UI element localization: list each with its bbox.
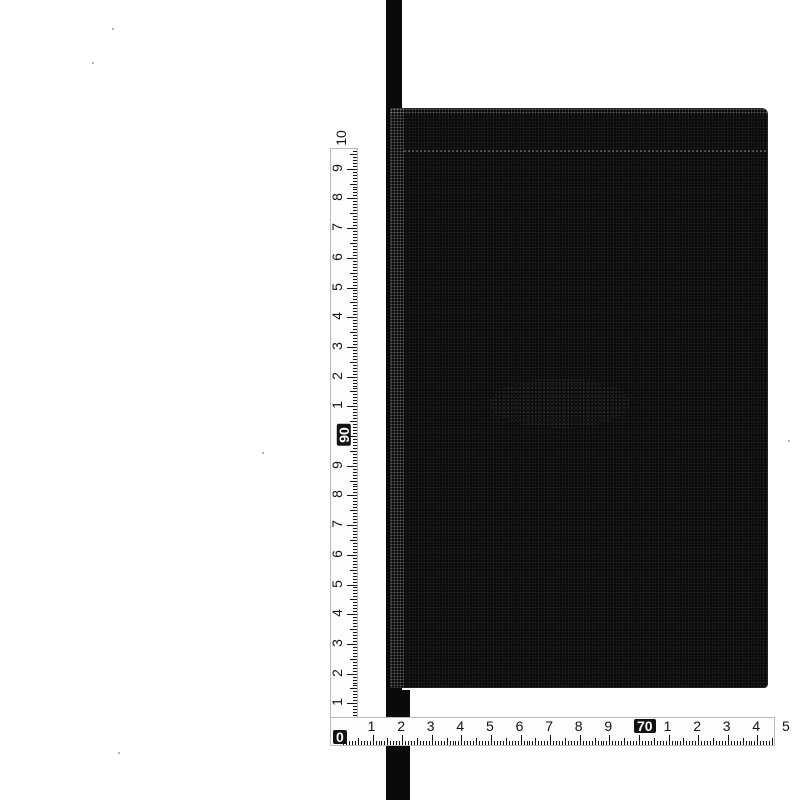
ruler-tick	[353, 178, 357, 179]
ruler-tick	[639, 735, 640, 745]
ruler-tick	[353, 234, 357, 235]
ruler-tick	[506, 738, 507, 745]
ruler-tick	[353, 433, 357, 434]
ruler-tick	[609, 735, 610, 745]
ruler-tick	[763, 741, 764, 745]
ruler-tick	[353, 207, 357, 208]
ruler-label: 70	[634, 719, 656, 733]
ruler-tick	[353, 439, 357, 440]
ruler-tick	[757, 735, 758, 745]
ruler-tick	[353, 353, 357, 354]
ruler-tick	[350, 302, 357, 303]
ruler-tick	[350, 540, 357, 541]
ruler-tick	[423, 741, 424, 745]
ruler-tick	[353, 383, 357, 384]
ruler-tick	[370, 741, 371, 745]
ruler-tick	[353, 415, 357, 416]
ruler-tick	[633, 741, 634, 745]
ruler-tick	[710, 741, 711, 745]
ruler-tick	[491, 735, 492, 745]
ruler-tick	[350, 184, 357, 185]
ruler-tick	[615, 741, 616, 745]
ruler-tick	[353, 403, 357, 404]
ruler-tick	[353, 204, 357, 205]
ruler-label: 1	[330, 401, 344, 409]
ruler-label: 0	[333, 730, 347, 744]
ruler-tick	[353, 492, 357, 493]
ruler-tick	[353, 543, 357, 544]
ruler-tick	[485, 741, 486, 745]
ruler-tick	[353, 246, 357, 247]
ruler-tick	[586, 741, 587, 745]
ruler-tick	[353, 567, 357, 568]
ruler-tick	[538, 741, 539, 745]
ruler-tick	[353, 552, 357, 553]
ruler-tick	[353, 665, 357, 666]
ruler-tick	[350, 659, 357, 660]
ruler-label: 1	[330, 698, 344, 706]
book-cover	[390, 108, 768, 688]
ruler-tick	[347, 317, 357, 318]
ruler-tick	[429, 741, 430, 745]
ruler-tick	[701, 741, 702, 745]
ruler-tick	[698, 735, 699, 745]
ruler-tick	[353, 187, 357, 188]
ruler-tick	[347, 169, 357, 170]
ruler-tick	[353, 519, 357, 520]
ruler-tick	[420, 741, 421, 745]
ruler-tick	[683, 738, 684, 745]
ruler-tick	[353, 237, 357, 238]
ruler-tick	[482, 741, 483, 745]
ruler-tick	[464, 741, 465, 745]
ruler-tick	[347, 466, 357, 467]
ruler-tick	[353, 252, 357, 253]
ruler-tick	[353, 249, 357, 250]
ruler-tick	[353, 564, 357, 565]
ruler-label: 3	[330, 342, 344, 350]
ruler-tick	[353, 522, 357, 523]
ruler-tick	[353, 709, 357, 710]
ruler-tick	[353, 677, 357, 678]
ruler-tick	[353, 608, 357, 609]
ruler-tick	[769, 741, 770, 745]
ruler-tick	[367, 741, 368, 745]
ruler-label: 4	[330, 312, 344, 320]
ruler-tick	[353, 371, 357, 372]
ruler-tick	[350, 629, 357, 630]
ruler-tick	[353, 326, 357, 327]
ruler-tick	[518, 741, 519, 745]
ruler-tick	[432, 735, 433, 745]
ruler-tick	[353, 380, 357, 381]
ruler-tick	[695, 741, 696, 745]
ruler-tick	[353, 546, 357, 547]
ruler-tick	[350, 154, 357, 155]
ruler-tick	[353, 537, 357, 538]
ruler-tick	[509, 741, 510, 745]
ruler-tick	[347, 228, 357, 229]
ruler-tick	[353, 290, 357, 291]
ruler-tick	[347, 288, 357, 289]
ruler-tick	[571, 741, 572, 745]
ruler-tick	[353, 653, 357, 654]
ruler-tick	[444, 741, 445, 745]
ruler-tick	[353, 430, 357, 431]
ruler-tick	[353, 195, 357, 196]
ruler-tick	[725, 741, 726, 745]
ruler-tick	[358, 738, 359, 745]
ruler-tick	[353, 216, 357, 217]
ruler-tick	[381, 741, 382, 745]
ruler-tick	[627, 741, 628, 745]
ruler-tick	[660, 741, 661, 745]
ruler-tick	[353, 611, 357, 612]
ruler-tick	[574, 741, 575, 745]
ruler-tick	[426, 741, 427, 745]
ruler-tick	[657, 741, 658, 745]
ruler-tick	[353, 582, 357, 583]
ruler-tick	[353, 587, 357, 588]
ruler-label: 3	[723, 719, 731, 733]
ruler-tick	[353, 299, 357, 300]
ruler-tick	[353, 400, 357, 401]
ruler-tick	[677, 741, 678, 745]
ruler-tick	[636, 741, 637, 745]
ruler-tick	[353, 388, 357, 389]
ruler-tick	[364, 741, 365, 745]
ruler-tick	[350, 391, 357, 392]
ruler-tick	[408, 741, 409, 745]
ruler-tick	[458, 741, 459, 745]
ruler-tick	[722, 741, 723, 745]
ruler-label: 6	[516, 719, 524, 733]
ruler-tick	[353, 201, 357, 202]
ruler-tick	[559, 741, 560, 745]
ruler-tick	[353, 264, 357, 265]
ruler-tick	[589, 741, 590, 745]
ruler-tick	[353, 350, 357, 351]
ruler-tick	[355, 741, 356, 745]
ruler-tick	[353, 590, 357, 591]
ruler-tick	[353, 516, 357, 517]
ruler-tick	[353, 424, 357, 425]
ruler-label: 5	[330, 283, 344, 291]
ruler-tick	[353, 662, 357, 663]
ruler-tick	[353, 427, 357, 428]
ruler-tick	[353, 656, 357, 657]
ruler-tick	[347, 674, 357, 675]
ruler-label: 6	[330, 550, 344, 558]
ruler-tick	[353, 593, 357, 594]
ruler-tick	[350, 570, 357, 571]
ruler-tick	[521, 735, 522, 745]
ruler-tick	[393, 741, 394, 745]
ruler-tick	[347, 644, 357, 645]
ruler-tick	[550, 735, 551, 745]
ruler-tick	[441, 741, 442, 745]
ruler-tick	[450, 741, 451, 745]
ruler-tick	[353, 192, 357, 193]
ruler-tick	[347, 525, 357, 526]
ruler-tick	[595, 738, 596, 745]
ruler-tick	[353, 685, 357, 686]
ruler-tick	[353, 573, 357, 574]
book-cover-emblem	[490, 378, 630, 428]
ruler-tick	[350, 510, 357, 511]
ruler-tick	[568, 741, 569, 745]
ruler-tick	[562, 741, 563, 745]
ruler-tick	[438, 741, 439, 745]
ruler-tick	[353, 448, 357, 449]
ruler-label: 1	[664, 719, 672, 733]
ruler-label: 1	[368, 719, 376, 733]
ruler-tick	[353, 210, 357, 211]
ruler-tick	[553, 741, 554, 745]
ruler-tick	[692, 741, 693, 745]
ruler-tick	[353, 531, 357, 532]
ruler-tick	[353, 558, 357, 559]
ruler-tick	[737, 741, 738, 745]
horizontal-ruler: 01234567897012345	[330, 717, 775, 746]
ruler-tick	[396, 741, 397, 745]
ruler-tick	[350, 481, 357, 482]
ruler-tick	[353, 418, 357, 419]
ruler-tick	[353, 222, 357, 223]
ruler-tick	[630, 741, 631, 745]
ruler-tick	[353, 157, 357, 158]
ruler-tick	[547, 741, 548, 745]
ruler-tick	[461, 735, 462, 745]
ruler-tick	[353, 549, 357, 550]
ruler-tick	[751, 741, 752, 745]
ruler-tick	[592, 741, 593, 745]
ruler-tick	[353, 700, 357, 701]
ruler-tick	[353, 486, 357, 487]
ruler-tick	[651, 741, 652, 745]
ruler-tick	[352, 741, 353, 745]
ruler-tick	[353, 285, 357, 286]
ruler-tick	[580, 735, 581, 745]
ruler-tick	[376, 741, 377, 745]
ruler-tick	[663, 741, 664, 745]
ruler-tick	[353, 314, 357, 315]
ruler-tick	[704, 741, 705, 745]
ruler-tick	[532, 741, 533, 745]
ruler-tick	[384, 741, 385, 745]
ruler-tick	[680, 741, 681, 745]
ruler-tick	[565, 738, 566, 745]
ruler-tick	[353, 596, 357, 597]
ruler-tick	[621, 741, 622, 745]
ruler-tick	[350, 362, 357, 363]
ruler-tick	[353, 163, 357, 164]
ruler-tick	[353, 445, 357, 446]
ruler-tick	[353, 368, 357, 369]
ruler-tick	[353, 668, 357, 669]
ruler-tick	[353, 513, 357, 514]
ruler-tick	[353, 638, 357, 639]
ruler-label: 4	[330, 609, 344, 617]
ruler-tick	[399, 741, 400, 745]
ruler-tick	[349, 741, 350, 745]
ruler-tick	[353, 671, 357, 672]
ruler-tick	[544, 741, 545, 745]
ruler-label: 10	[334, 130, 348, 146]
ruler-tick	[353, 489, 357, 490]
ruler-tick	[373, 735, 374, 745]
ruler-tick	[503, 741, 504, 745]
ruler-tick	[347, 347, 357, 348]
ruler-tick	[353, 276, 357, 277]
ruler-tick	[411, 741, 412, 745]
ruler-tick	[515, 741, 516, 745]
ruler-tick	[402, 735, 403, 745]
ruler-tick	[353, 189, 357, 190]
ruler-tick	[347, 258, 357, 259]
ruler-tick	[603, 741, 604, 745]
ruler-tick	[601, 741, 602, 745]
ruler-tick	[350, 451, 357, 452]
ruler-tick	[760, 741, 761, 745]
ruler-label: 4	[456, 719, 464, 733]
ruler-tick	[716, 741, 717, 745]
ruler-tick	[470, 741, 471, 745]
ruler-tick	[353, 166, 357, 167]
ruler-tick	[479, 741, 480, 745]
ruler-tick	[353, 323, 357, 324]
ruler-label: 2	[330, 372, 344, 380]
ruler-tick	[740, 741, 741, 745]
ruler-tick	[353, 475, 357, 476]
ruler-tick	[666, 741, 667, 745]
ruler-tick	[353, 231, 357, 232]
ruler-label: 7	[545, 719, 553, 733]
ruler-tick	[497, 741, 498, 745]
ruler-tick	[669, 735, 670, 745]
ruler-tick	[353, 305, 357, 306]
ruler-tick	[713, 738, 714, 745]
ruler-tick	[612, 741, 613, 745]
ruler-tick	[353, 697, 357, 698]
ruler-tick	[353, 620, 357, 621]
ruler-tick	[689, 741, 690, 745]
ruler-tick	[353, 460, 357, 461]
ruler-tick	[598, 741, 599, 745]
ruler-tick	[353, 181, 357, 182]
ruler-tick	[350, 599, 357, 600]
ruler-tick	[353, 534, 357, 535]
ruler-tick	[347, 406, 357, 407]
ruler-tick	[556, 741, 557, 745]
ruler-tick	[353, 463, 357, 464]
ruler-tick	[353, 341, 357, 342]
ruler-tick	[527, 741, 528, 745]
ruler-tick	[417, 738, 418, 745]
ruler-tick	[772, 738, 773, 745]
ruler-tick	[353, 320, 357, 321]
ruler-tick	[353, 691, 357, 692]
vertical-ruler: 01234567899012345678910	[330, 148, 358, 746]
ruler-label: 3	[427, 719, 435, 733]
ruler-tick	[353, 172, 357, 173]
ruler-tick	[353, 602, 357, 603]
ruler-tick	[353, 374, 357, 375]
ruler-label: 4	[752, 719, 760, 733]
ruler-tick	[353, 647, 357, 648]
ruler-label: 3	[330, 639, 344, 647]
ruler-tick	[731, 741, 732, 745]
ruler-tick	[379, 741, 380, 745]
ruler-label: 90	[337, 424, 351, 446]
ruler-tick	[353, 175, 357, 176]
ruler-tick	[529, 741, 530, 745]
ruler-tick	[353, 706, 357, 707]
ruler-tick	[353, 394, 357, 395]
ruler-tick	[347, 555, 357, 556]
ruler-tick	[353, 680, 357, 681]
ruler-tick	[577, 741, 578, 745]
ruler-label: 7	[330, 223, 344, 231]
ruler-tick	[347, 198, 357, 199]
ruler-tick	[350, 332, 357, 333]
ruler-tick	[353, 632, 357, 633]
ruler-tick	[353, 240, 357, 241]
ruler-tick	[353, 397, 357, 398]
ruler-tick	[347, 614, 357, 615]
ruler-tick	[754, 741, 755, 745]
ruler-tick	[353, 151, 357, 152]
ruler-tick	[347, 377, 357, 378]
ruler-tick	[390, 741, 391, 745]
ruler-tick	[350, 421, 357, 422]
ruler-tick	[606, 741, 607, 745]
ruler-tick	[353, 712, 357, 713]
ruler-tick	[583, 741, 584, 745]
ruler-tick	[447, 738, 448, 745]
ruler-tick	[648, 741, 649, 745]
ruler-tick	[353, 635, 357, 636]
ruler-tick	[353, 504, 357, 505]
ruler-tick	[353, 650, 357, 651]
ruler-label: 2	[397, 719, 405, 733]
ruler-tick	[535, 738, 536, 745]
ruler-tick	[353, 501, 357, 502]
ruler-tick	[618, 741, 619, 745]
ruler-tick	[353, 261, 357, 262]
ruler-tick	[353, 478, 357, 479]
ruler-label: 6	[330, 253, 344, 261]
ruler-tick	[353, 338, 357, 339]
ruler-tick	[675, 741, 676, 745]
ruler-tick	[512, 741, 513, 745]
ruler-tick	[353, 293, 357, 294]
ruler-tick	[467, 741, 468, 745]
ruler-tick	[353, 412, 357, 413]
ruler-tick	[350, 273, 357, 274]
ruler-label: 2	[693, 719, 701, 733]
ruler-tick	[524, 741, 525, 745]
ruler-tick	[353, 279, 357, 280]
ruler-tick	[645, 741, 646, 745]
ruler-tick	[353, 469, 357, 470]
ruler-tick	[476, 738, 477, 745]
ruler-tick	[435, 741, 436, 745]
book-top-edge	[390, 108, 768, 114]
ruler-tick	[672, 741, 673, 745]
ruler-tick	[686, 741, 687, 745]
ruler-tick	[353, 365, 357, 366]
